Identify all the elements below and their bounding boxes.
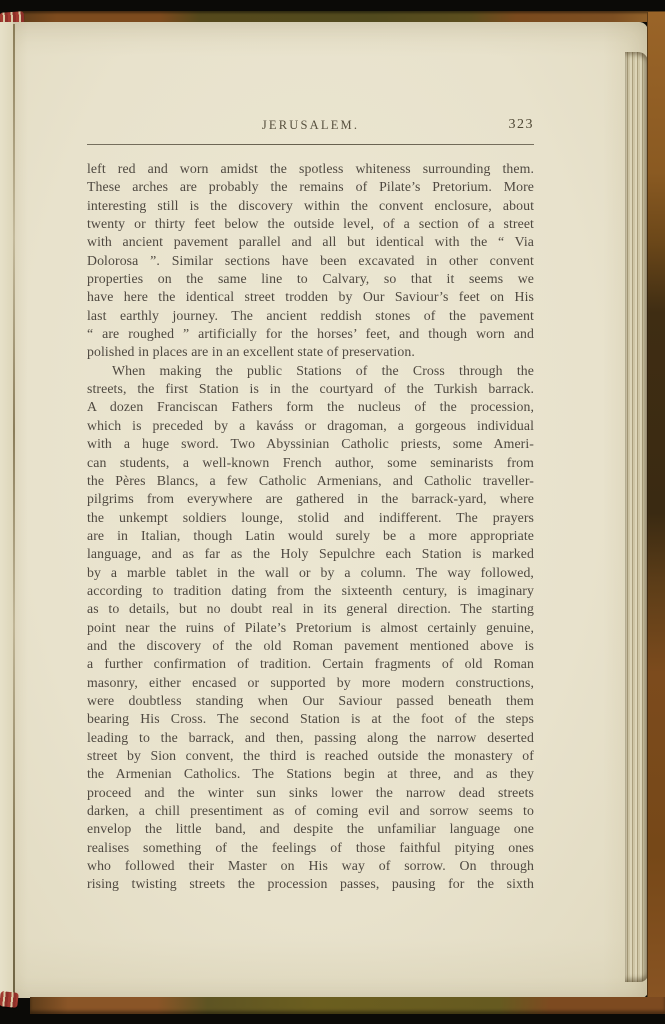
text-line: realises something of the feelings of th…: [87, 839, 534, 857]
text-line: with ancient pavement parallel and all b…: [87, 233, 534, 251]
text-line: properties on the same line to Calvary, …: [87, 270, 534, 288]
text-line: according to tradition dating from the s…: [87, 582, 534, 600]
text-line: Dolorosa ”. Similar sections have been e…: [87, 252, 534, 270]
text-line: rising twisting streets the procession p…: [87, 875, 534, 893]
book-cover-bottom-edge: [30, 997, 665, 1014]
gutter-fold: [13, 24, 15, 994]
text-line: and the discovery of the old Roman pavem…: [87, 637, 534, 655]
text-line: are in Italian, though Latin would surel…: [87, 527, 534, 545]
headband-bottom: [0, 991, 19, 1008]
text-line: bearing His Cross. The second Station is…: [87, 710, 534, 728]
text-line: can students, a well-known French author…: [87, 454, 534, 472]
text-line: the unkempt soldiers lounge, stolid and …: [87, 509, 534, 527]
text-line: a further confirmation of tradition. Cer…: [87, 655, 534, 673]
text-line: have here the identical street trodden b…: [87, 288, 534, 306]
text-line: with a huge sword. Two Abyssinian Cathol…: [87, 435, 534, 453]
text-line: streets, the first Station is in the cou…: [87, 380, 534, 398]
text-line: masonry, either encased or supported by …: [87, 674, 534, 692]
running-header: JERUSALEM. 323: [87, 118, 534, 133]
text-line: “ are roughed ” artificially for the hor…: [87, 325, 534, 343]
text-line: These arches are probably the remains of…: [87, 178, 534, 196]
text-line: darken, a chill presentiment as of comin…: [87, 802, 534, 820]
header-rule: [87, 144, 534, 145]
text-line: who followed their Master on His way of …: [87, 857, 534, 875]
book-cover-top-edge: [18, 11, 665, 22]
page-edges: [625, 52, 648, 982]
gutter-shading: [0, 22, 13, 998]
text-line: pilgrims from everywhere are gathered in…: [87, 490, 534, 508]
text-line: envelop the little band, and despite the…: [87, 820, 534, 838]
text-line: leading to the barrack, and then, passin…: [87, 729, 534, 747]
text-line: A dozen Franciscan Fathers form the nucl…: [87, 398, 534, 416]
book-page: JERUSALEM. 323 left red and worn amidst …: [0, 22, 648, 998]
book-cover-right-edge: [647, 12, 665, 1014]
text-line: left red and worn amidst the spotless wh…: [87, 160, 534, 178]
text-line: twenty or thirty feet below the outside …: [87, 215, 534, 233]
page-number: 323: [509, 117, 535, 133]
text-line: street by Sion convent, the third is rea…: [87, 747, 534, 765]
running-header-title: JERUSALEM.: [262, 118, 359, 133]
text-line: which is preceded by a kaváss or dragoma…: [87, 417, 534, 435]
text-line: When making the public Stations of the C…: [87, 362, 534, 380]
text-line: were doubtless standing when Our Saviour…: [87, 692, 534, 710]
text-line: proceed and the winter sun sinks lower t…: [87, 784, 534, 802]
text-line: as to details, but no doubt real in its …: [87, 600, 534, 618]
text-line: point near the ruins of Pilate’s Pretori…: [87, 619, 534, 637]
body-text: left red and worn amidst the spotless wh…: [87, 160, 534, 894]
text-line: by a marble tablet in the wall or by a c…: [87, 564, 534, 582]
text-line: polished in places are in an excellent s…: [87, 343, 534, 361]
paragraph: left red and worn amidst the spotless wh…: [87, 160, 534, 362]
text-line: last earthly journey. The ancient reddis…: [87, 307, 534, 325]
text-line: interesting still is the discovery withi…: [87, 197, 534, 215]
text-line: the Armenian Catholics. The Stations beg…: [87, 765, 534, 783]
paragraph: When making the public Stations of the C…: [87, 362, 534, 894]
book-scan: JERUSALEM. 323 left red and worn amidst …: [0, 0, 665, 1024]
text-line: language, and as far as the Holy Sepulch…: [87, 545, 534, 563]
text-line: the Pères Blancs, a few Catholic Armenia…: [87, 472, 534, 490]
text-block: JERUSALEM. 323 left red and worn amidst …: [87, 118, 534, 894]
